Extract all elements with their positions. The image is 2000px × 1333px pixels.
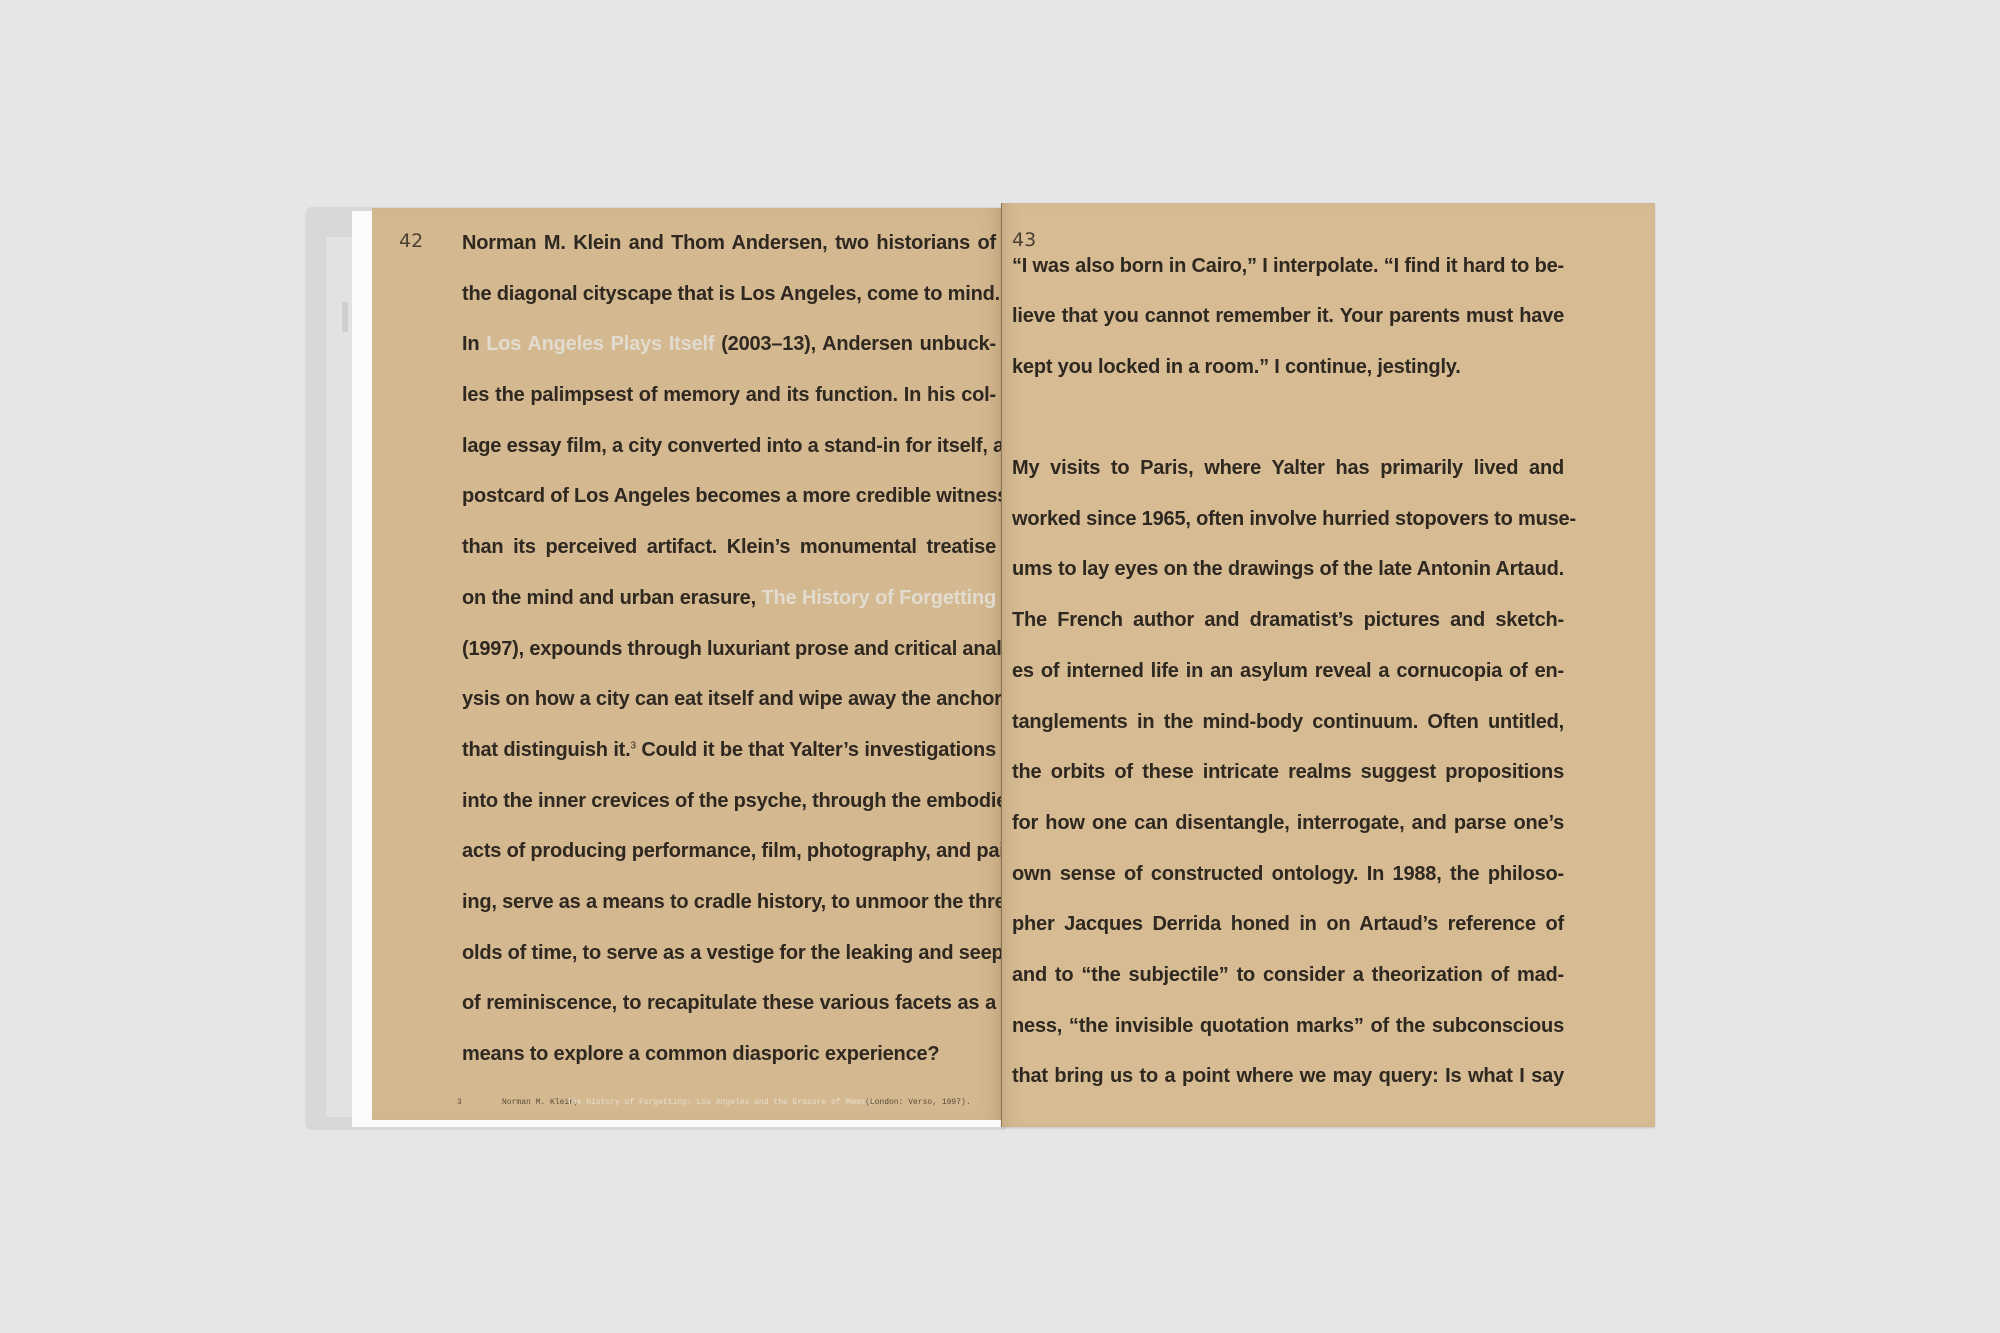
paragraph-gap [1012, 406, 1564, 457]
cover-tab [342, 302, 348, 332]
open-book: 42 Norman M. Klein and Thom Andersen, tw… [306, 205, 1658, 1128]
text-line: (1997), expounds through luxuriant prose… [462, 638, 996, 689]
right-page-text: “I was also born in Cairo,” I interpolat… [1012, 255, 1564, 1116]
text-line: tanglements in the mind-body continuum. … [1012, 711, 1564, 762]
text-line: ysis on how a city can eat itself and wi… [462, 688, 996, 739]
title-reference: Los Angeles Plays Itself [486, 333, 714, 355]
text-line: ums to lay eyes on the drawings of the l… [1012, 558, 1564, 609]
text-line: ness, “the invisible quotation marks” of… [1012, 1015, 1564, 1066]
text-line: les the palimpsest of memory and its fun… [462, 384, 996, 435]
text-line: the orbits of these intricate realms sug… [1012, 761, 1564, 812]
text-line: My visits to Paris, where Yalter has pri… [1012, 457, 1564, 508]
text-line: lage essay film, a city converted into a… [462, 435, 996, 486]
text-line: means to explore a common diasporic expe… [462, 1043, 996, 1094]
footnote-title: The History of Forgetting: Los Angeles a… [567, 1098, 874, 1107]
right-page: 43 “I was also born in Cairo,” I interpo… [1001, 203, 1655, 1127]
text-line: The French author and dramatist’s pictur… [1012, 609, 1564, 660]
text-line: that bring us to a point where we may qu… [1012, 1065, 1564, 1116]
title-reference: The History of Forgetting [762, 587, 996, 609]
page-number-right: 43 [1012, 229, 1036, 251]
text-line: for how one can disentangle, interrogate… [1012, 812, 1564, 863]
footnote-publisher: (London: Verso, 1997). [865, 1098, 971, 1107]
text-line: into the inner crevices of the psyche, t… [462, 790, 996, 841]
text-line: olds of time, to serve as a vestige for … [462, 942, 996, 993]
text-line: acts of producing performance, film, pho… [462, 840, 996, 891]
text-line: Norman M. Klein and Thom Andersen, two h… [462, 232, 996, 283]
left-page-text: Norman M. Klein and Thom Andersen, two h… [462, 232, 996, 1094]
text-line: of reminiscence, to recapitulate these v… [462, 992, 996, 1043]
footnote-marker: 3 [631, 740, 636, 751]
cover-inner-layer [326, 237, 352, 1117]
text-line: kept you locked in a room.” I continue, … [1012, 356, 1564, 407]
text-line: that distinguish it.3 Could it be that Y… [462, 739, 996, 790]
text-line: pher Jacques Derrida honed in on Artaud’… [1012, 913, 1564, 964]
text-line: on the mind and urban erasure, The Histo… [462, 587, 996, 638]
text-line: own sense of constructed ontology. In 19… [1012, 863, 1564, 914]
text-line: lieve that you cannot remember it. Your … [1012, 305, 1564, 356]
page-number-left: 42 [399, 230, 423, 252]
text-line: es of interned life in an asylum reveal … [1012, 660, 1564, 711]
text-line: postcard of Los Angeles becomes a more c… [462, 485, 996, 536]
text-line: “I was also born in Cairo,” I interpolat… [1012, 255, 1564, 305]
left-page: 42 Norman M. Klein and Thom Andersen, tw… [372, 208, 1001, 1120]
footnote-number: 3 [457, 1098, 462, 1107]
text-line: the diagonal cityscape that is Los Angel… [462, 283, 996, 334]
text-line: than its perceived artifact. Klein’s mon… [462, 536, 996, 587]
text-line: ing, serve as a means to cradle history,… [462, 891, 996, 942]
text-line: In Los Angeles Plays Itself (2003–13), A… [462, 333, 996, 384]
text-line: and to “the subjectile” to consider a th… [1012, 964, 1564, 1015]
text-line: worked since 1965, often involve hurried… [1012, 508, 1564, 559]
